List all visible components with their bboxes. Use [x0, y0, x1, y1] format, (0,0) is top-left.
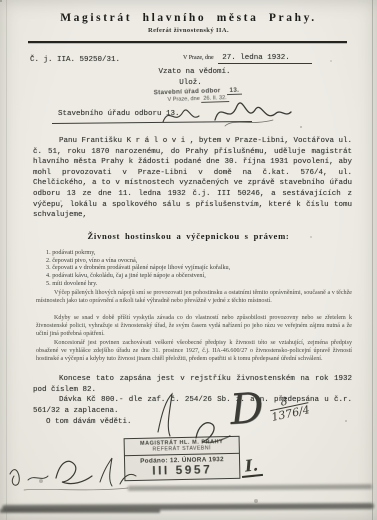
- place-date-line: V Praze, dne 27. ledna 1932.: [183, 54, 312, 64]
- handwritten-roman-numeral: I.: [240, 455, 263, 478]
- filing-stamp-number: III 5957: [125, 463, 239, 480]
- letterhead-subtitle: Referát živnostenský IIA.: [0, 27, 377, 34]
- letterhead-title: Magistrát hlavního města Prahy.: [0, 12, 377, 24]
- scan-bottom-edge-2: [0, 509, 160, 513]
- right-item-2: 2. čepovati pivo, víno a vína ovocná,: [46, 257, 230, 265]
- file-number: Č. j. IIA. 59250/31.: [30, 56, 120, 64]
- grant-paragraph: Panu Františku K r á l o v i , bytem v P…: [33, 136, 352, 221]
- right-item-5: 5. míti dovolené hry.: [46, 280, 230, 288]
- handwritten-fraction-bottom: 1376/4: [270, 402, 311, 423]
- condition-paragraph-3: Koncesionář jest povinen zachovávati veš…: [36, 340, 352, 363]
- paper-specks: [0, 0, 2, 2]
- closing-line: O tom dávám věděti.: [46, 418, 132, 426]
- scan-left-edge: [6, 0, 7, 520]
- dept-office-line: Stavebního úřadu odboru 13.: [58, 110, 180, 118]
- rights-list: 1. podávati pokrmy, 2. čepovati pivo, ví…: [46, 249, 230, 288]
- condition-paragraph-1: Výčep pálených lihových nápojů smí se pr…: [36, 290, 352, 306]
- right-item-4: 4. podávati kávu, čokoládu, čaj a jiné t…: [46, 272, 230, 280]
- scan-right-edge: [372, 0, 374, 520]
- place-date-label: V Praze, dne: [183, 55, 214, 61]
- letterhead-rule: [28, 41, 347, 43]
- noted-annotation: Vzato na vědomí.: [6, 68, 377, 76]
- document-date: 27. ledna 1932.: [218, 54, 312, 64]
- filing-stamp: MAGISTRÁT HL. M. PRAHY REFERÁT STAVEBNÍ …: [124, 436, 241, 481]
- handwritten-d-mark: D: [229, 387, 266, 431]
- signature-ink-bottom-left: [8, 448, 138, 494]
- right-item-3: 3. čepovati a v drobném prodávati pálené…: [46, 264, 230, 272]
- document-page: Magistrát hlavního města Prahy. Referát …: [0, 0, 377, 520]
- dept-stamp-number: 13.: [226, 87, 242, 95]
- condition-paragraph-2: Kdyby se snad v době příští vyskytla záv…: [36, 315, 352, 338]
- file-annotation: Ulož.: [2, 79, 377, 87]
- grant-heading: Živnost hostinskou a výčepnickou s práve…: [0, 231, 377, 241]
- scan-smear: [128, 484, 372, 491]
- right-item-1: 1. podávati pokrmy,: [46, 249, 230, 257]
